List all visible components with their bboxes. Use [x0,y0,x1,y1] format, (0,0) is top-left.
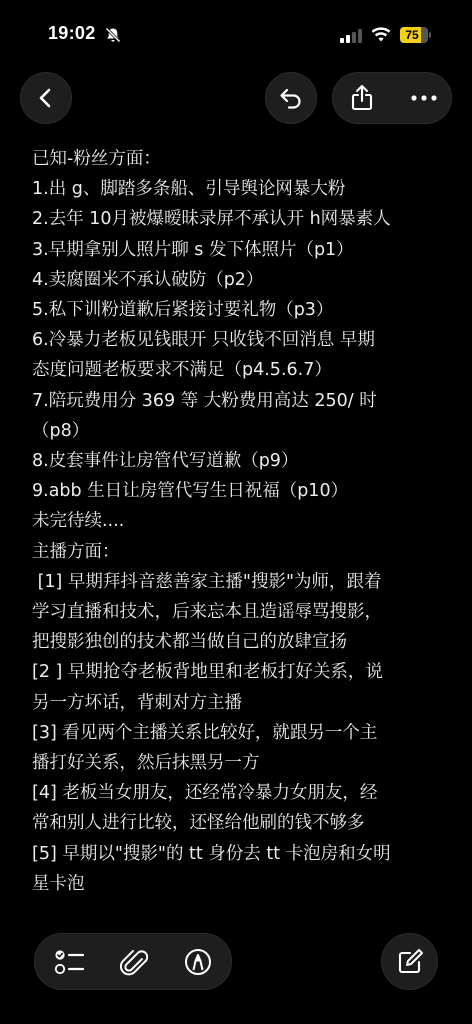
compose-button[interactable] [381,933,438,990]
note-line: 8.皮套事件让房管代写道歉（p9） [32,446,448,476]
note-heading-fans: 已知-粉丝方面： [32,144,448,174]
note-line: [4] 老板当女朋友，还经常冷暴力女朋友，经 [32,778,448,808]
note-line: 6.冷暴力老板见钱眼开 只收钱不回消息 早期 [32,325,448,355]
battery-indicator: 75 [400,27,432,43]
note-line: 另一方坏话，背刺对方主播 [32,688,448,718]
undo-button[interactable] [265,72,317,124]
chevron-left-icon [35,87,57,109]
note-line: [2 ] 早期抢夺老板背地里和老板打好关系，说 [32,657,448,687]
note-line: 播打好关系，然后抹黑另一方 [32,748,448,778]
cellular-signal-icon [340,29,362,43]
note-line: 态度问题老板要求不满足（p4.5.6.7） [32,355,448,385]
note-body[interactable]: 已知-粉丝方面： 1.出 g、脚踏多条船、引导舆论网暴大粉 2.去年 10月被爆… [32,144,448,899]
note-line: 3.早期拿别人照片聊 s 发下体照片（p1） [32,235,448,265]
compose-icon [397,949,423,975]
pen-markup-icon [184,948,212,976]
ellipsis-icon [411,95,437,101]
note-heading-streamer: 主播方面： [32,537,448,567]
note-line: 未完待续.... [32,506,448,536]
note-line: 把搜影独创的技术都当做自己的放肆宣扬 [32,627,448,657]
undo-icon [278,86,304,110]
back-button[interactable] [20,72,72,124]
note-line: （p8） [32,416,448,446]
checklist-button[interactable] [44,933,96,990]
share-icon [350,84,374,112]
bell-slash-icon [104,26,122,44]
checklist-icon [54,948,86,976]
note-line: 2.去年 10月被爆暧昧录屏不承认开 h网暴素人 [32,204,448,234]
note-line: [3] 看见两个主播关系比较好，就跟另一个主 [32,718,448,748]
paperclip-icon [120,947,148,977]
more-button[interactable] [398,72,450,124]
note-line: 常和别人进行比较，还怪给他刷的钱不够多 [32,808,448,838]
status-time: 19:02 [48,23,96,44]
note-line: 星卡泡 [32,869,448,899]
markup-button[interactable] [172,933,224,990]
note-line: 5.私下训粉道歉后紧接讨要礼物（p3） [32,295,448,325]
note-line: 7.陪玩费用分 369 等 大粉费用高达 250/ 时 [32,386,448,416]
note-line: [1] 早期拜抖音慈善家主播"搜影"为师，跟着 [32,567,448,597]
battery-level: 75 [400,27,424,43]
note-line: 学习直播和技术，后来忘本且造谣辱骂搜影， [32,597,448,627]
note-line: 1.出 g、脚踏多条船、引导舆论网暴大粉 [32,174,448,204]
attachment-button[interactable] [108,933,160,990]
note-line: 9.abb 生日让房管代写生日祝福（p10） [32,476,448,506]
note-line: [5] 早期以"搜影"的 tt 身份去 tt 卡泡房和女明 [32,839,448,869]
wifi-icon [371,26,391,42]
share-button[interactable] [336,72,388,124]
share-more-group [332,72,452,124]
note-line: 4.卖腐圈米不承认破防（p2） [32,265,448,295]
status-bar: 19:02 75 [0,0,472,60]
bottom-tool-group [34,933,232,990]
